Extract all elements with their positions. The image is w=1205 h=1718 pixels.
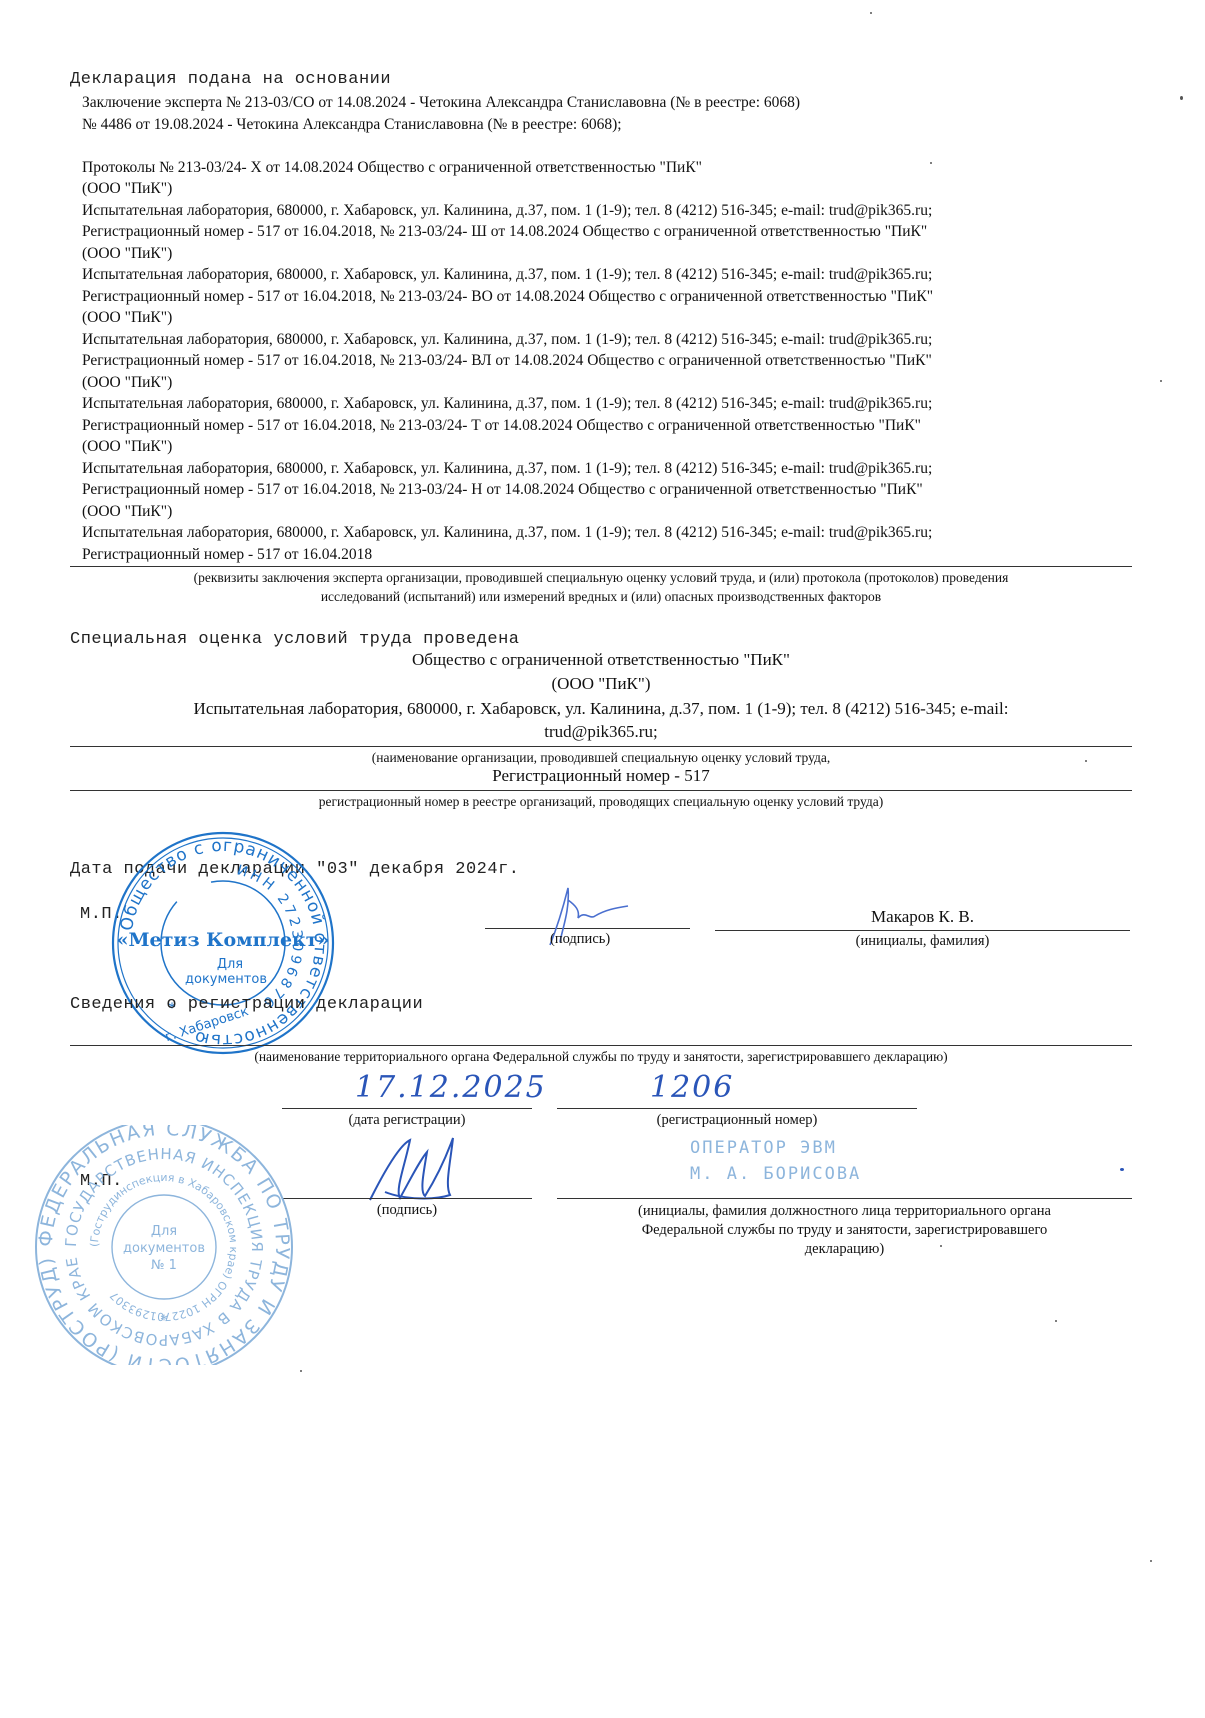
official-caption-line-2: Федеральной службы по труду и занятости,… [557,1221,1132,1240]
assessment-org-email: trud@pik365.ru; [70,722,1132,742]
protocol-line: (ООО "ПиК") [82,436,933,458]
divider [70,566,1132,567]
protocol-line: (ООО "ПиК") [82,307,933,329]
svg-text:«Метиз Комплект»: «Метиз Комплект» [117,929,330,951]
rostrud-stamp-icon: ФЕДЕРАЛЬНАЯ СЛУЖБА ПО ТРУДУ И ЗАНЯТОСТИ … [32,1125,297,1365]
assessment-org-address: Испытательная лаборатория, 680000, г. Ха… [70,699,1132,719]
protocol-line: Регистрационный номер - 517 от 16.04.201… [82,286,933,308]
name-line [715,930,1130,931]
protocol-line: (ООО "ПиК") [82,501,933,523]
protocol-line: (ООО "ПиК") [82,372,933,394]
registrar-signature-mark [365,1130,485,1205]
blank-line [82,135,933,157]
assessment-heading: Специальная оценка условий труда проведе… [70,630,519,649]
assessment-reg-number: Регистрационный номер - 517 [70,766,1132,786]
submission-name-caption: (инициалы, фамилия) [715,933,1130,950]
official-stamp-line-1: ОПЕРАТОР ЭВМ [690,1138,837,1158]
registration-caption-number: (регистрационный номер) [557,1112,917,1129]
divider [70,1045,1132,1046]
protocol-line: Регистрационный номер - 517 от 16.04.201… [82,350,933,372]
registration-official-caption: (инициалы, фамилия должностного лица тер… [557,1202,1132,1259]
registrar-signature-line [282,1198,532,1199]
protocol-line: Регистрационный номер - 517 от 16.04.201… [82,415,933,437]
svg-text:Для: Для [217,957,243,972]
official-caption-line-1: (инициалы, фамилия должностного лица тер… [557,1202,1132,1221]
submission-name: Макаров К. В. [715,907,1130,927]
protocol-line: Протоколы № 213-03/24- Х от 14.08.2024 О… [82,157,933,179]
registration-heading: Сведения о регистрации декларации [70,995,423,1014]
official-caption-line-3: декларацию) [557,1240,1132,1259]
expert-conclusion-line-2: № 4486 от 19.08.2024 - Четокина Александ… [82,114,933,136]
protocol-line: Регистрационный номер - 517 от 16.04.201… [82,544,933,566]
svg-text:документов: документов [123,1241,205,1256]
protocol-line: Регистрационный номер - 517 от 16.04.201… [82,221,933,243]
company-stamp-icon: Общество с ограниченной ответственностью… [108,828,338,1058]
submission-signature-caption: (подпись) [550,931,610,948]
basis-heading: Декларация подана на основании [70,70,391,89]
protocol-line: Испытательная лаборатория, 680000, г. Ха… [82,393,933,415]
assessment-caption-org: (наименование организации, проводившей с… [70,749,1132,767]
registrar-name-line [557,1198,1132,1199]
basis-caption-2: исследований (испытаний) или измерений в… [70,588,1132,606]
protocol-line: (ООО "ПиК") [82,178,933,200]
protocol-line: Испытательная лаборатория, 680000, г. Ха… [82,200,933,222]
protocol-line: Испытательная лаборатория, 680000, г. Ха… [82,522,933,544]
protocol-line: Испытательная лаборатория, 680000, г. Ха… [82,329,933,351]
basis-lines: Заключение эксперта № 213-03/СО от 14.08… [82,92,933,565]
basis-caption-1: (реквизиты заключения эксперта организац… [70,569,1132,587]
divider [70,790,1132,791]
svg-text:№ 1: № 1 [151,1258,177,1273]
registration-caption-date: (дата регистрации) [282,1112,532,1129]
expert-conclusion-line: Заключение эксперта № 213-03/СО от 14.08… [82,92,933,114]
assessment-caption-reg: регистрационный номер в реестре организа… [70,793,1132,811]
divider [70,746,1132,747]
assessment-org-name: Общество с ограниченной ответственностью… [70,650,1132,670]
protocol-line: (ООО "ПиК") [82,243,933,265]
protocol-line: Регистрационный номер - 517 от 16.04.201… [82,479,933,501]
registration-date-handwritten: 17.12.2025 [355,1070,547,1105]
official-stamp-line-2: М. А. БОРИСОВА [690,1164,861,1184]
registration-number-handwritten: 1206 [650,1070,734,1105]
svg-text:*: * [160,1312,168,1329]
svg-text:Для: Для [151,1224,177,1239]
registration-caption-org: (наименование территориального органа Фе… [70,1048,1132,1066]
registration-signature-caption: (подпись) [282,1202,532,1219]
protocol-line: Испытательная лаборатория, 680000, г. Ха… [82,458,933,480]
number-line [557,1108,917,1109]
protocol-line: Испытательная лаборатория, 680000, г. Ха… [82,264,933,286]
assessment-org-short: (ООО "ПиК") [70,674,1132,694]
svg-text:документов: документов [185,972,267,987]
date-line [282,1108,532,1109]
